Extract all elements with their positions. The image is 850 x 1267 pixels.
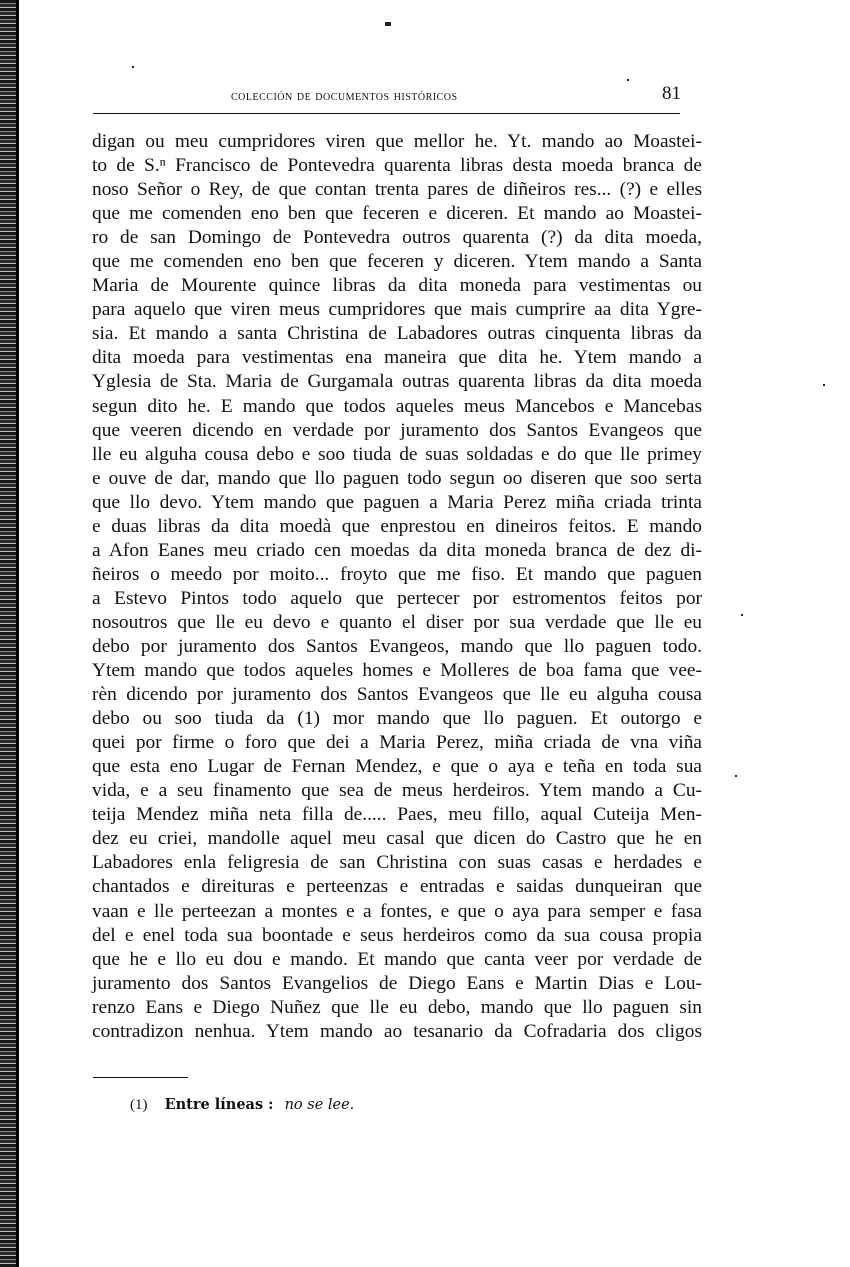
text-line: vida, e a seu finamento que sea de meus …	[92, 779, 702, 803]
text-line: ro de san Domingo de Pontevedra outros q…	[92, 226, 702, 250]
text-line: sia. Et mando a santa Christina de Labad…	[92, 322, 702, 346]
footnote-rule	[93, 1077, 188, 1078]
text-line: vaan e lle perteezan a montes e a fontes…	[92, 900, 702, 924]
text-line: contradizon nenhua. Ytem mando ao tesana…	[92, 1020, 702, 1044]
header-rule	[93, 113, 680, 114]
print-speck	[741, 614, 743, 616]
text-line: noso Señor o Rey, de que contan trenta p…	[92, 178, 702, 202]
running-title: COLECCIÓN DE DOCUMENTOS HISTÓRICOS	[231, 88, 458, 105]
page-number: 81	[662, 83, 681, 105]
print-speck	[823, 384, 825, 386]
body-text: digan ou meu cumpridores viren que mello…	[92, 130, 702, 1044]
text-line: debo ou soo tiuda da (1) mor mando que l…	[92, 707, 702, 731]
text-line: que me comenden eno ben que feceren y di…	[92, 250, 702, 274]
text-line: segun dito he. E mando que todos aqueles…	[92, 395, 702, 419]
text-line: e ouve de dar, mando que llo paguen todo…	[92, 467, 702, 491]
text-line: teija Mendez miña neta filla de..... Pae…	[92, 803, 702, 827]
text-line: juramento dos Santos Evangelios de Diego…	[92, 972, 702, 996]
footnote-marker: (1)	[130, 1097, 148, 1113]
text-line: renzo Eans e Diego Nuñez que lle eu debo…	[92, 996, 702, 1020]
text-line: rèn dicendo por juramento dos Santos Eva…	[92, 683, 702, 707]
text-line: a Afon Eanes meu criado cen moedas da di…	[92, 539, 702, 563]
print-speck	[627, 79, 629, 81]
text-line: digan ou meu cumpridores viren que mello…	[92, 130, 702, 154]
text-line: que esta eno Lugar de Fernan Mendez, e q…	[92, 755, 702, 779]
footnote-text: Entre líneas :	[165, 1096, 274, 1113]
text-line: nosoutros que lle eu devo e quanto el di…	[92, 611, 702, 635]
text-line: que veeren dicendo en verdade por jurame…	[92, 419, 702, 443]
footnote-italic-text: no se lee.	[285, 1097, 355, 1113]
print-speck	[735, 775, 737, 777]
text-line: Labadores enla feligresia de san Christi…	[92, 851, 702, 875]
text-line: dita moeda para vestimentas ena maneira …	[92, 346, 702, 370]
print-speck	[385, 22, 391, 26]
text-line: ñeiros o meedo por moito... froyto que m…	[92, 563, 702, 587]
text-line: Ytem mando que todos aqueles homes e Mol…	[92, 659, 702, 683]
text-line: del e enel toda sua boontade e seus herd…	[92, 924, 702, 948]
text-line: que llo devo. Ytem mando que paguen a Ma…	[92, 491, 702, 515]
text-line: que me comenden eno ben que feceren e di…	[92, 202, 702, 226]
footnote: (1) Entre líneas : no se lee.	[130, 1096, 354, 1114]
text-line: para aquelo que viren meus cumpridores q…	[92, 298, 702, 322]
text-line: debo por juramento dos Santos Evangeos, …	[92, 635, 702, 659]
text-line: quei por firme o foro que dei a Maria Pe…	[92, 731, 702, 755]
text-line: e duas libras da dita moedà que enpresto…	[92, 515, 702, 539]
book-binding-edge	[0, 0, 16, 1267]
text-line: dez eu criei, mandolle aquel meu casal q…	[92, 827, 702, 851]
text-line: Yglesia de Sta. Maria de Gurgamala outra…	[92, 370, 702, 394]
running-header: COLECCIÓN DE DOCUMENTOS HISTÓRICOS 81	[93, 86, 683, 110]
text-line: lle eu alguha cousa debo e soo tiuda de …	[92, 443, 702, 467]
text-line: a Estevo Pintos todo aquelo que pertecer…	[92, 587, 702, 611]
print-speck	[132, 66, 134, 68]
text-line: to de S.ⁿ Francisco de Pontevedra quaren…	[92, 154, 702, 178]
text-line: chantados e direituras e perteenzas e en…	[92, 875, 702, 899]
text-line: que he e llo eu dou e mando. Et mando qu…	[92, 948, 702, 972]
text-line: Maria de Mourente quince libras da dita …	[92, 274, 702, 298]
